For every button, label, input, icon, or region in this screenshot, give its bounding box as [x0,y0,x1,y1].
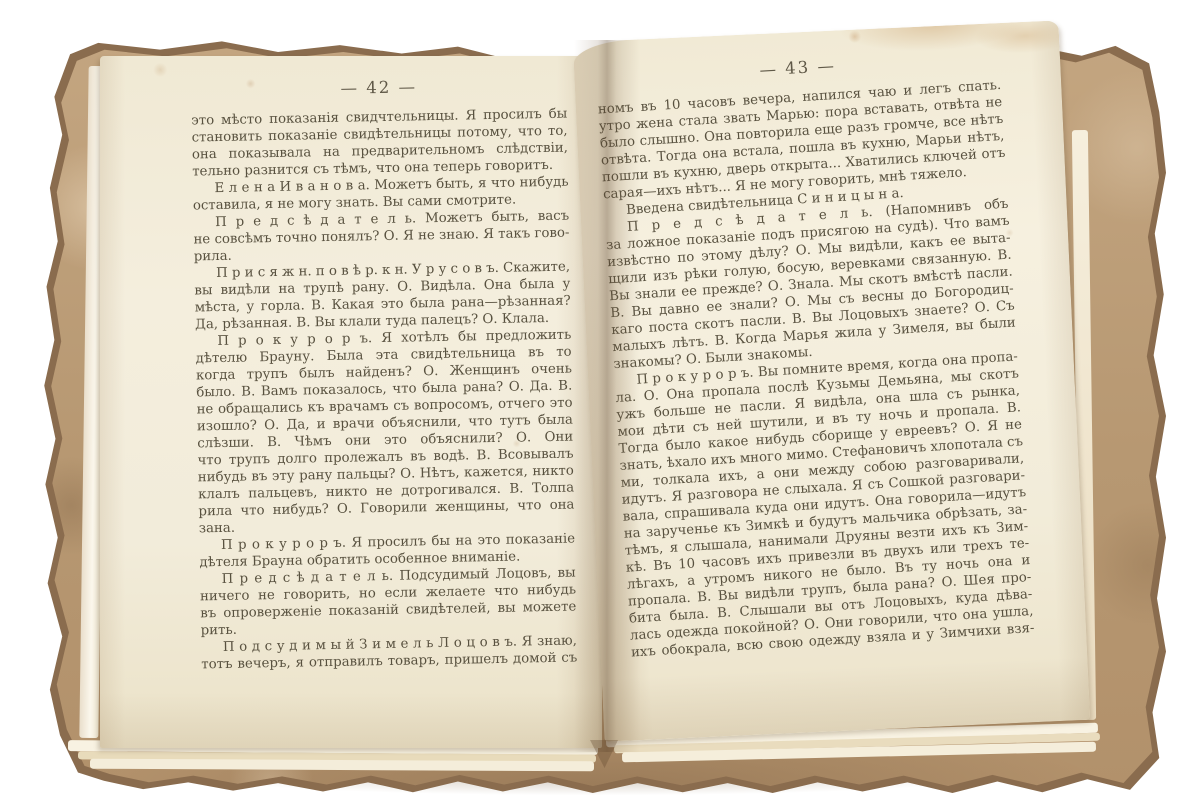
book-photo: — 42 — это мѣсто показанія свидчтельницы… [0,0,1200,809]
right-page-text-column: — 43 — номъ въ 10 часовъ вечера, напился… [596,46,1035,662]
spine-gutter-shadow [574,40,640,752]
left-page-text-column: — 42 — это мѣсто показанія свидчтельницы… [191,75,578,674]
right-page: — 43 — номъ въ 10 часовъ вечера, напился… [573,20,1090,741]
page-text: номъ въ 10 часовъ вечера, напился чаю и … [597,77,1034,662]
left-page: — 42 — это мѣсто показанія свидчтельницы… [100,56,602,748]
page-text: это мѣсто показанія свидчтельницы. Я про… [191,106,577,674]
page-number: — 42 — [191,75,567,102]
